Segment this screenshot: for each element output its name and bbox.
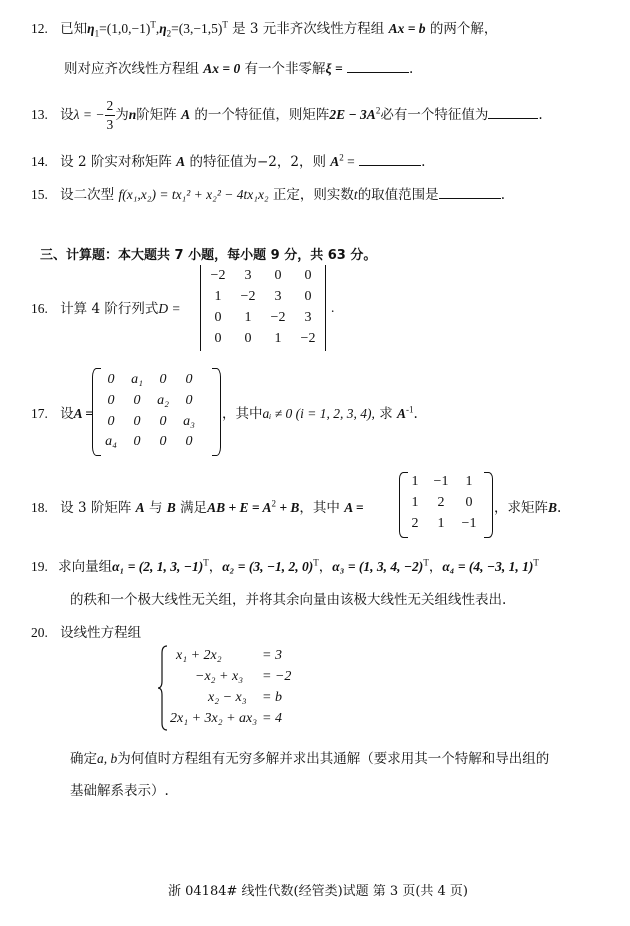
page-footer: 浙 04184# 线性代数(经管类)试题 第 3 页(共 4 页) (168, 880, 468, 899)
answer-blank[interactable] (488, 106, 538, 119)
answer-blank[interactable] (347, 60, 409, 73)
question-18: 18. 设 3 阶矩阵 A 与 B 满足AB + E = A2 + B，其中 A… (31, 496, 364, 516)
question-18-end: ，求矩阵B. (494, 496, 561, 516)
question-19-line-2: 的秩和一个极大线性无关组，并将其余向量由该极大线性无关组线性表出. (70, 588, 506, 608)
answer-blank[interactable] (439, 186, 501, 199)
answer-blank[interactable] (359, 153, 421, 166)
equation-row: −x₂ + x₃ (195, 669, 243, 685)
determinant-right-bar (325, 265, 326, 351)
question-16: 16. 计算 4 阶行列式D = (31, 297, 181, 317)
matrix-A-17: 0 a₁ 0 0 0 0 a₂ 0 0 0 0 a₃ a₄ 0 0 0 (96, 372, 216, 454)
section-heading: 三、计算题：本大题共 7 小题，每小题 9 分，共 63 分。 (40, 244, 376, 263)
question-12-line-1: 12. 已知η1=(1,0,−1)T,η2=(3,−1,5)T 是 3 元非齐次… (31, 17, 497, 39)
question-20-line-2: 基础解系表示）. (70, 779, 169, 799)
matrix-A-18: 1 −1 1 1 2 0 2 1 −1 (400, 474, 484, 536)
matrix-right-paren (212, 368, 221, 456)
question-20-label: 20. 设线性方程组 (31, 621, 141, 641)
determinant-left-bar (200, 265, 201, 351)
equation-row-rhs: = 4 (262, 711, 282, 727)
equation-row-rhs: = b (262, 690, 282, 706)
question-17-label: 17. 设A = (31, 402, 93, 422)
determinant-matrix: −2 3 0 0 1 −2 3 0 0 1 −2 3 0 0 1 −2 (203, 268, 323, 350)
question-15: 15. 设二次型 f(x₁,x₂) = tx₁² + x₂² − 4tx₁x₂ … (31, 183, 505, 203)
fraction: 23 (105, 97, 116, 134)
equation-row: x₂ − x₃ (208, 690, 247, 706)
matrix-right-paren (484, 472, 493, 538)
equation-row: x₁ + 2x₂ (176, 648, 222, 664)
equation-row-rhs: = −2 (262, 669, 291, 685)
equation-row-rhs: = 3 (262, 648, 282, 664)
question-13: 13. 设λ = −23为n阶矩阵 A 的一个特征值，则矩阵2E − 3A2必有… (31, 97, 543, 134)
equation-row: 2x₁ + 3x₂ + ax₃ (170, 711, 257, 727)
question-12-line-2: 则对应齐次线性方程组 Ax = 0 有一个非零解ξ = . (64, 57, 413, 77)
question-number: 12. (31, 21, 48, 36)
question-19-line-1: 19. 求向量组α₁ = (2, 1, 3, −1)T，α₂ = (3, −1,… (31, 555, 539, 575)
question-17-condition: ，其中aᵢ ≠ 0 (i = 1, 2, 3, 4), 求 A-1. (222, 402, 418, 422)
question-14: 14. 设 2 阶实对称矩阵 A 的特征值为−2，2，则 A2 = . (31, 150, 425, 170)
equation-system-brace (158, 645, 168, 731)
question-20-line-1: 确定a, b为何值时方程组有无穷多解并求出其通解（要求用其一个特解和导出组的 (70, 747, 549, 767)
